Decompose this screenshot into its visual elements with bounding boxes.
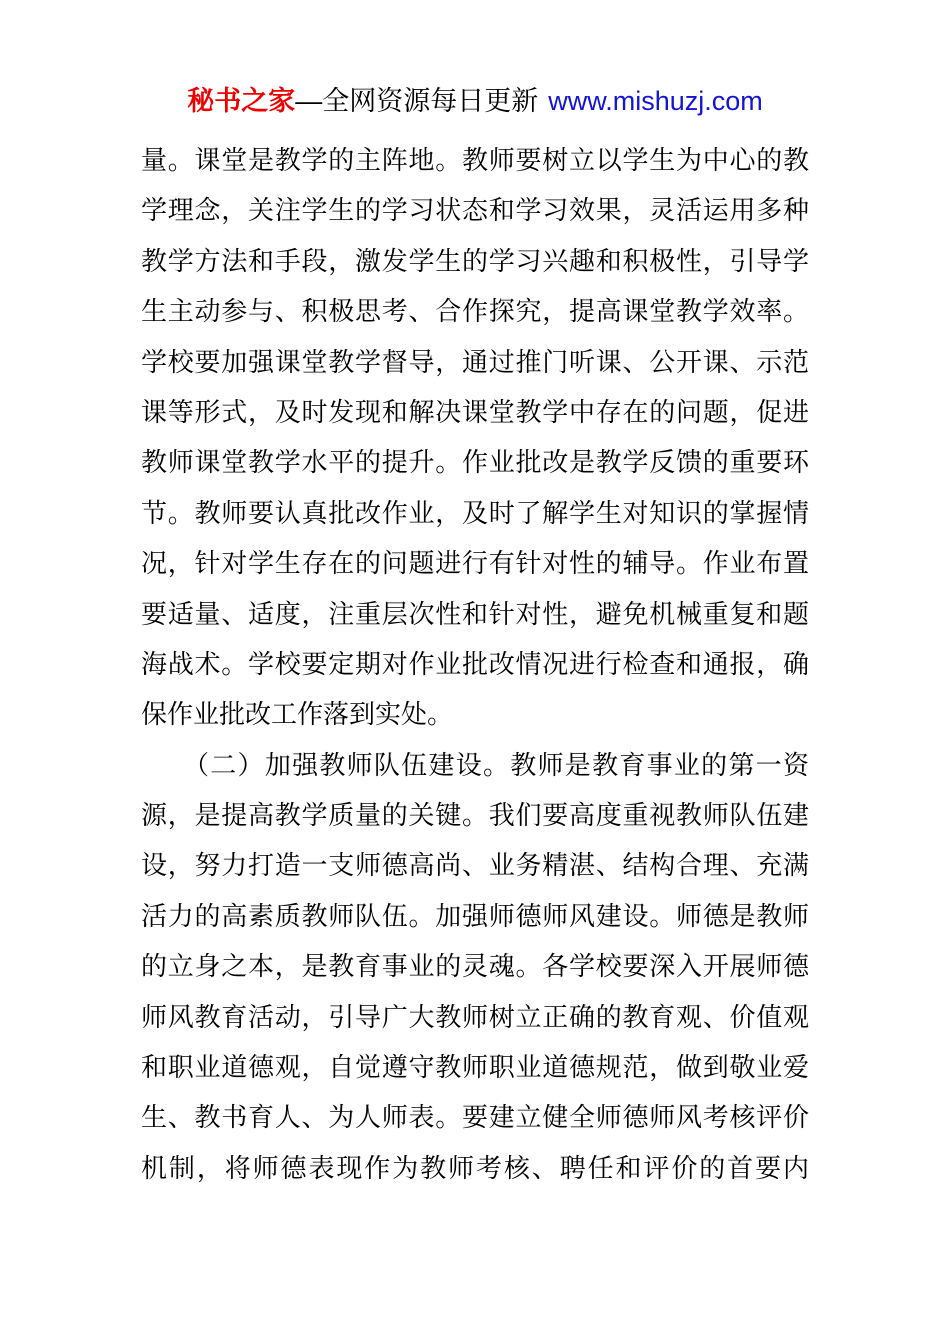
text-line-20: 生、教书育人、为人师表。要建立健全师德师风考核评价 [141, 1092, 809, 1142]
text-line-8: 节。教师要认真批改作业，及时了解学生对知识的掌握情 [141, 488, 809, 538]
text-line-10: 要适量、适度，注重层次性和针对性，避免机械重复和题 [141, 589, 809, 639]
text-line-1: 量。课堂是教学的主阵地。教师要树立以学生为中心的教 [141, 135, 809, 185]
text-line-15: 设，努力打造一支师德高尚、业务精湛、结构合理、充满 [141, 840, 809, 890]
text-line-19: 和职业道德观，自觉遵守教师职业道德规范，做到敬业爱 [141, 1042, 809, 1092]
text-line-14: 源，是提高教学质量的关键。我们要高度重视教师队伍建 [141, 790, 809, 840]
document-body: 量。课堂是教学的主阵地。教师要树立以学生为中心的教 学理念，关注学生的学习状态和… [141, 135, 809, 1193]
site-tagline: —全网资源每日更新 [295, 86, 538, 116]
document-page: 秘书之家—全网资源每日更新www.mishuzj.com 量。课堂是教学的主阵地… [0, 0, 950, 1344]
text-line-7: 教师课堂教学水平的提升。作业批改是教学反馈的重要环 [141, 437, 809, 487]
text-line-6: 课等形式，及时发现和解决课堂教学中存在的问题，促进 [141, 387, 809, 437]
text-line-5: 学校要加强课堂教学督导，通过推门听课、公开课、示范 [141, 337, 809, 387]
text-line-17: 的立身之本，是教育事业的灵魂。各学校要深入开展师德 [141, 941, 809, 991]
text-line-2: 学理念，关注学生的学习状态和学习效果，灵活运用多种 [141, 185, 809, 235]
site-brand: 秘书之家 [187, 86, 295, 116]
text-line-3: 教学方法和手段，激发学生的学习兴趣和积极性，引导学 [141, 236, 809, 286]
text-line-13-paragraph-start: （二）加强教师队伍建设。教师是教育事业的第一资 [141, 740, 809, 790]
text-line-18: 师风教育活动，引导广大教师树立正确的教育观、价值观 [141, 992, 809, 1042]
text-line-12-paragraph-end: 保作业批改工作落到实处。 [141, 689, 809, 739]
text-line-11: 海战术。学校要定期对作业批改情况进行检查和通报，确 [141, 639, 809, 689]
text-line-4: 生主动参与、积极思考、合作探究，提高课堂教学效率。 [141, 286, 809, 336]
text-line-21: 机制，将师德表现作为教师考核、聘任和评价的首要内 [141, 1143, 809, 1193]
text-line-9: 况，针对学生存在的问题进行有针对性的辅导。作业布置 [141, 538, 809, 588]
site-url-link[interactable]: www.mishuzj.com [548, 86, 763, 116]
text-line-16: 活力的高素质教师队伍。加强师德师风建设。师德是教师 [141, 891, 809, 941]
site-header: 秘书之家—全网资源每日更新www.mishuzj.com [0, 80, 950, 122]
